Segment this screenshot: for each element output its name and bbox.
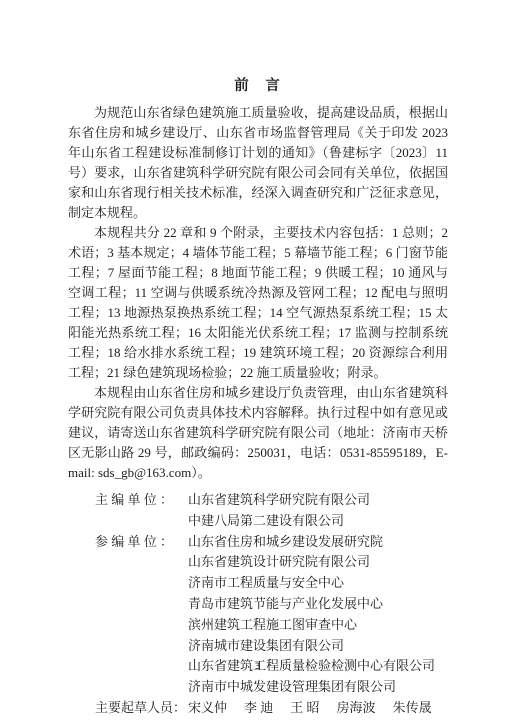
credit-label: 主 编 单 位 ： — [95, 490, 188, 511]
credit-org: 济南城市建设集团有限公司 — [188, 636, 475, 657]
drafter-names: 宋义仲李 迪王 昭房海波朱传晟 — [188, 698, 475, 719]
credit-org: 济南市工程质量与安全中心 — [188, 573, 475, 594]
drafter-name: 房海波 — [337, 698, 376, 719]
credits-section: 主 编 单 位 ： 山东省建筑科学研究院有限公司中建八局第二建设有限公司 参 编… — [95, 490, 475, 719]
credit-orgs: 山东省住房和城乡建设发展研究院山东省建筑设计研究院有限公司济南市工程质量与安全中… — [188, 532, 475, 698]
credit-label: 参 编 单 位 ： — [95, 532, 188, 553]
drafter-name: 李 迪 — [244, 698, 273, 719]
paragraph: 本规程由山东省住房和城乡建设厅负责管理，由山东省建筑科学研究院有限公司负责具体技… — [68, 383, 448, 483]
credit-row: 参 编 单 位 ： 山东省住房和城乡建设发展研究院山东省建筑设计研究院有限公司济… — [95, 532, 475, 698]
paragraph: 为规范山东省绿色建筑施工质量验收，提高建设品质，根据山东省住房和城乡建设厅、山东… — [68, 103, 448, 223]
credit-org: 山东省建筑科学研究院有限公司 — [188, 490, 475, 511]
credit-org: 山东省建筑设计研究院有限公司 — [188, 552, 475, 573]
drafter-name: 王 昭 — [290, 698, 319, 719]
credit-label: 主要起草人员： — [95, 698, 188, 719]
credit-row: 主 编 单 位 ： 山东省建筑科学研究院有限公司中建八局第二建设有限公司 — [95, 490, 475, 532]
page-number: 3 — [0, 662, 515, 672]
document-page: 前 言 为规范山东省绿色建筑施工质量验收，提高建设品质，根据山东省住房和城乡建设… — [0, 0, 515, 727]
credit-org: 济南市中城发建设管理集团有限公司 — [188, 677, 475, 698]
credit-orgs: 宋义仲李 迪王 昭房海波朱传晟 — [188, 698, 475, 719]
credit-org: 山东省住房和城乡建设发展研究院 — [188, 532, 475, 553]
page-title: 前 言 — [0, 0, 515, 94]
preface-body: 为规范山东省绿色建筑施工质量验收，提高建设品质，根据山东省住房和城乡建设厅、山东… — [68, 103, 448, 483]
drafter-name: 朱传晟 — [393, 698, 432, 719]
paragraph: 本规程共分 22 章和 9 个附录，主要技术内容包括：1 总则；2 术语；3 基… — [68, 223, 448, 383]
credit-orgs: 山东省建筑科学研究院有限公司中建八局第二建设有限公司 — [188, 490, 475, 532]
credit-org: 青岛市建筑节能与产业化发展中心 — [188, 594, 475, 615]
credit-org: 滨州建筑工程施工图审查中心 — [188, 615, 475, 636]
credit-org: 中建八局第二建设有限公司 — [188, 511, 475, 532]
credit-row: 主要起草人员： 宋义仲李 迪王 昭房海波朱传晟 — [95, 698, 475, 719]
drafter-name: 宋义仲 — [188, 698, 227, 719]
